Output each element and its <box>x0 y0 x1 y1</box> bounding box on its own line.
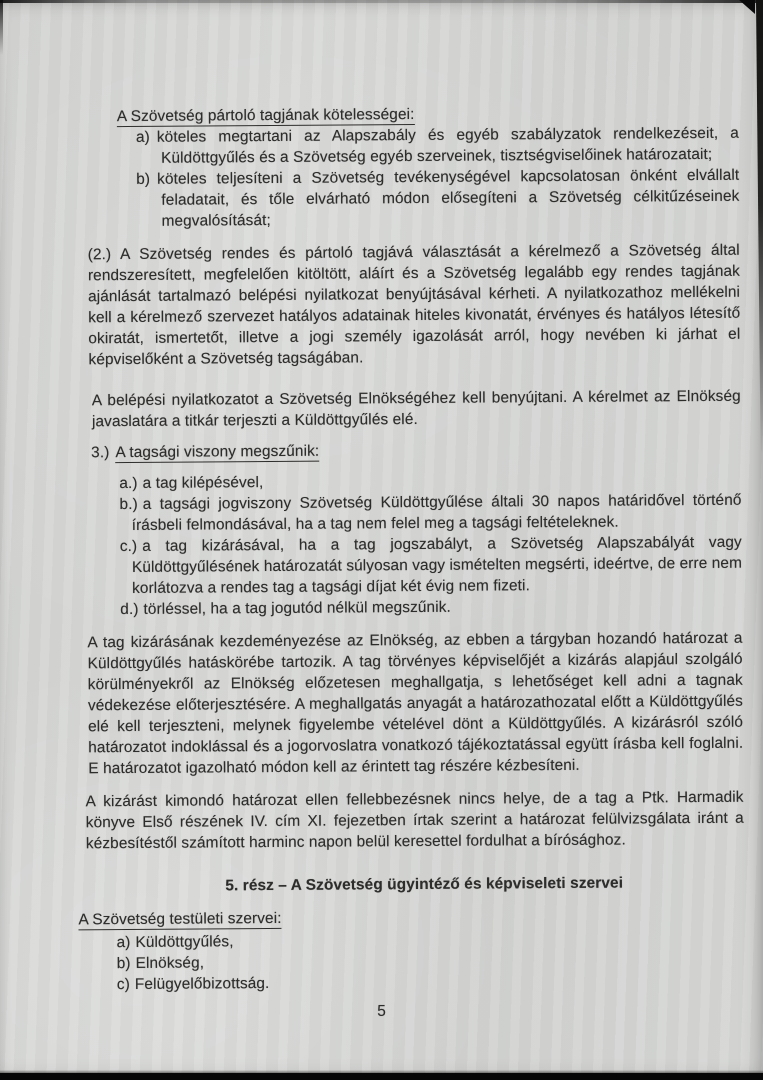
list-item: b)köteles teljesíteni a Szövetség tevéke… <box>87 165 739 233</box>
heading-tagsagi-viszony: 3.)A tagsági viszony megszűnik: <box>91 438 741 464</box>
paragraph-belepesi-nyilatkozat: A belépési nyilatkozatot a Szövetség Eln… <box>92 386 741 433</box>
list-item-text: Elnökség, <box>136 954 205 971</box>
list-item: c.)a tag kizárásával, ha a tag jogszabál… <box>90 532 742 600</box>
list-marker: c) <box>117 976 135 993</box>
scanned-document-page: { "page": { "number": "5", "paper_color"… <box>0 0 763 1080</box>
heading-partolo-text: A Szövetség pártoló tagjának kötelessége… <box>117 106 415 127</box>
scan-edge-left <box>0 0 3 55</box>
list-marker: c.) <box>120 538 143 555</box>
list-partolo-kotelessegek: a)köteles megtartani az Alapszabály és e… <box>87 123 740 233</box>
list-item-text: köteles teljesíteni a Szövetség tevékeny… <box>157 167 739 230</box>
list-item-text: a tag kizárásával, ha a tag jogszabályt,… <box>132 534 742 597</box>
list-testuleti-szervek: a)Küldöttgyűlés, b)Elnökség, c)Felügyelő… <box>79 928 745 996</box>
heading-tagsagi-text: A tagsági viszony megszűnik: <box>115 443 319 463</box>
list-marker: b) <box>136 171 157 188</box>
list-marker: b.) <box>119 496 142 513</box>
heading-testuleti-text: A Szövetség testületi szervei: <box>78 910 281 930</box>
list-item-text: törléssel, ha a tag jogutód nélkül megsz… <box>143 599 450 618</box>
list-marker: a) <box>136 129 157 146</box>
heading-number: 3.) <box>91 444 109 461</box>
heading-5-resz: 5. rész – A Szövetség ügyintéző és képvi… <box>92 872 744 898</box>
list-item-text: a tagsági jogviszony Szövetség Küldöttgy… <box>132 492 742 534</box>
list-item-text: Felügyelőbizottság. <box>135 975 270 993</box>
heading-testuleti-szervei: A Szövetség testületi szervei: <box>78 905 744 931</box>
list-marker: a) <box>117 934 136 951</box>
list-item-text: köteles megtartani az Alapszabály és egy… <box>157 125 739 167</box>
document-body: A Szövetség pártoló tagjának kötelessége… <box>86 0 745 995</box>
paragraph-kizaras-eljaras: A tag kizárásának kezdeményezése az Elnö… <box>87 628 743 780</box>
list-item: a)köteles megtartani az Alapszabály és e… <box>87 123 739 170</box>
list-megszunes-esetei: a.)a tag kilépésével, b.)a tagsági jogvi… <box>89 469 742 621</box>
list-marker: a.) <box>119 475 142 492</box>
paragraph-fellebbezes: A kizárást kimondó határozat ellen felle… <box>86 787 744 855</box>
page-number: 5 <box>0 1003 763 1021</box>
list-item: d.)törléssel, ha a tag jogutód nélkül me… <box>90 595 742 621</box>
list-marker: d.) <box>120 601 143 618</box>
paragraph-belepes-feltetelei: (2.) A Szövetség rendes és pártoló tagjá… <box>88 240 741 371</box>
scan-edge-bottom <box>0 1073 763 1080</box>
list-item-text: Küldöttgyűlés, <box>135 933 233 951</box>
list-marker: b) <box>117 955 136 972</box>
list-item-text: a tag kilépésével, <box>143 474 264 492</box>
list-item: b.)a tagsági jogviszony Szövetség Küldöt… <box>89 490 741 537</box>
